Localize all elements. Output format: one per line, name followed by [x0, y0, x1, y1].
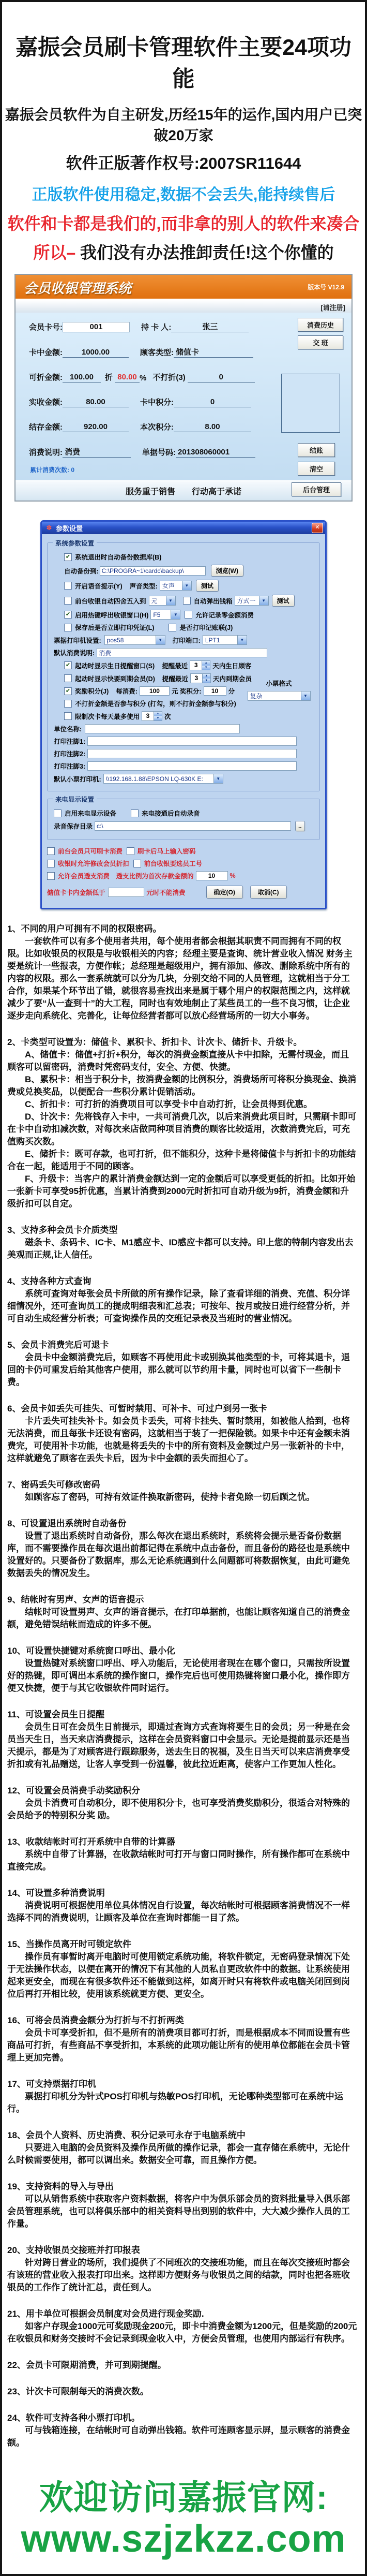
feature-title: 10、可设置快捷键对系统窗口呼出、最小化: [7, 1645, 358, 1657]
footnote1-label: 打印注脚1:: [54, 737, 85, 746]
feature-paragraph: 磁条卡、条码卡、IC卡、M1感应卡、ID感应卡都可以支持。印上您的特制内容发出去…: [7, 1237, 358, 1261]
pos-version-label: 版本号 V12.9: [308, 283, 344, 291]
rounding-checkbox[interactable]: [64, 597, 72, 605]
min-balance-input[interactable]: [108, 888, 144, 897]
zero-amount-checkbox[interactable]: [185, 611, 192, 619]
points-value: 0: [174, 398, 251, 407]
modify-discount-checkbox[interactable]: [47, 860, 55, 867]
voice-type-label: 声音类型:: [130, 581, 158, 591]
feature-paragraph: 会员卡可享受折扣，但不是所有的消费项目都可打折，而是根据成本不同而设置有些商品可…: [7, 2027, 358, 2064]
feature-title: 11、可设置会员生日提醒: [7, 1709, 358, 1721]
voice-test-button[interactable]: 测试: [196, 580, 219, 592]
feature-paragraph: C、折扣卡：可打折的消费项目可以享受卡中自动打折，让会员得到优惠。: [7, 1098, 358, 1111]
system-params-group: 系统参数设置 系统退出时自动备份数据库(B) 自动备份到: C:\PROGRA~…: [47, 542, 320, 791]
row-caller-id: 启用来电显示设备 来电接通后自动录音: [54, 808, 315, 818]
feature-item: 18、会员个人资料、历史消费、积分记录可永存于电脑系统中只要进入电脑的会员资料及…: [7, 2129, 358, 2167]
feature-title: 7、密码丢失可修改密码: [7, 1479, 358, 1491]
nodiscount-points-label: 不打折金额是否参与积分 (打勾，则不打折金额参与积分): [75, 699, 236, 708]
feature-item: 20、支持收银员交接班并打印报表针对跨日营业的场所，我们提供了不同班次的交接班功…: [7, 2244, 358, 2294]
chevron-down-icon[interactable]: [171, 610, 180, 619]
expire-suffix-label: 天内到期会员: [213, 674, 252, 683]
chevron-down-icon[interactable]: [301, 691, 310, 700]
feature-item: 3、支持多种会员卡介质类型磁条卡、条码卡、IC卡、M1感应卡、ID感应卡都可以支…: [7, 1224, 358, 1261]
nodiscount-label: 不打折(3): [152, 372, 185, 382]
feature-title: 19、支持资料的导入与导出: [7, 2181, 358, 2193]
register-hint[interactable]: [请注册]: [320, 304, 345, 312]
shift-button[interactable]: 交 班: [298, 335, 343, 349]
system-params-group-label: 系统参数设置: [53, 538, 97, 548]
feature-paragraph: 卡片丢失可挂失补卡。如会员卡丢失，可将卡挂失、暂时禁用，如被他人拾到，也将无法消…: [7, 1415, 358, 1465]
pos-register-strip: [请注册]: [16, 300, 351, 313]
select-staff-checkbox[interactable]: [133, 860, 141, 867]
times-limit-suffix: 次: [164, 712, 171, 721]
settings-dialog: 参数设置 系统参数设置 系统退出时自动备份数据库(B) 自动备份到: C:\PR…: [40, 520, 327, 909]
row-rounding: 前台收银自动四舍五入到 元 自动弹出钱箱 方式一 测试: [64, 595, 315, 607]
select-staff-label: 前台收银要选员工号: [144, 859, 203, 868]
default-ticket-printer-label: 默认小票打印机:: [54, 774, 101, 784]
company-name-input[interactable]: [85, 724, 240, 733]
feature-paragraph: 会员卡消费可自动积分，即不使用积分卡，也可享受消费奖励积分，很适合对特殊的会员给…: [7, 1797, 358, 1822]
feature-item: 13、收款结帐时可打开系统中自带的计算器系统中自带了计算器，在收款结帐时可打开与…: [7, 1836, 358, 1873]
copyright-line: 软件正版著作权号:2007SR11644: [2, 150, 365, 173]
times-limit-checkbox[interactable]: [64, 712, 72, 720]
feature-paragraph: 如客户存现金1000元可奖励现金200元，即卡中消费金额为1200元，但是奖励的…: [7, 2320, 358, 2345]
birthday-mid-label: 提醒最近: [162, 661, 188, 670]
footnote3-label: 打印注脚3:: [54, 761, 85, 771]
feature-title: 16、可将会员消费金额分为打折与不打折两类: [7, 2014, 358, 2027]
auto-record-label: 来电接通后自动录音: [142, 808, 200, 818]
chevron-down-icon[interactable]: [237, 636, 247, 644]
reward-points-label: 奖励积分(J): [75, 686, 109, 696]
cust-type-label: 顾客类型:: [140, 347, 174, 358]
feature-paragraph: 票据打印机分为针式POS打印机与热敏POS打印机，无论哪种类型都可在系统中运行。: [7, 2091, 358, 2115]
row-overdraft: 允许会员透支消费 透支比例为首次存款金额的 10 %: [47, 871, 320, 880]
discount-input[interactable]: 80.00: [115, 373, 140, 382]
feature-item: 10、可设置快捷键对系统窗口呼出、最小化设置热键对系统窗口呼出、呼入功能后，无论…: [7, 1645, 358, 1695]
default-ticket-printer-select[interactable]: \\192.168.1.88\EPSON LQ-630K E:: [103, 774, 223, 784]
feature-paragraph: 消费说明可根据使用单位具体情况自行设置，每次结帐时可根据顾客消费情况不一样选择不…: [7, 1900, 358, 1924]
zero-amount-label: 允许记录零金额消费: [195, 610, 254, 620]
feature-paragraph: 系统可查询对每张会员卡所做的所有操作记录，除了查看详细的消费、充值、积分详细情况…: [7, 1288, 358, 1325]
pos-body: 会员卡号: 001 持 卡 人: 张三 卡中金额: 1000.00 顾客类型: …: [16, 313, 351, 480]
page: 嘉振会员刷卡管理软件主要24项功能 嘉振会员软件为自主研发,历经15年的运作,国…: [0, 0, 367, 2576]
feature-paragraph: D、计次卡：先将钱存入卡中，一共可消费几次，以后来消费此项目时，只需刷卡即可在卡…: [7, 1111, 358, 1148]
print-ledger-checkbox[interactable]: [169, 624, 176, 631]
feature-paragraph: 系统中自带了计算器，在收款结帐时可打开与窗口同时操作，所有操作都可在系统中直接完…: [7, 1848, 358, 1873]
features-list: 1、不同的用户可拥有不同的权限密码。一套软件可以有多个使用者共用，每个使用者都会…: [2, 909, 365, 2449]
site-banner: 欢迎访问嘉振官网: www.szjzkzz.com: [2, 2463, 365, 2574]
print-ledger-label: 是否打印记账联(J): [179, 623, 233, 632]
clear-button[interactable]: 清空: [298, 462, 335, 476]
site-banner-line1: 欢迎访问嘉振官网:: [2, 2479, 365, 2516]
min-balance-suffix: 元时不能消费: [147, 888, 186, 897]
cancel-button[interactable]: 取消(C): [250, 886, 287, 899]
row-default-ticket-printer: 默认小票打印机: \\192.168.1.88\EPSON LQ-630K E:: [54, 774, 315, 784]
feature-paragraph: 结帐时可设置男声、女声的语音提示，在打印单据前，也能让顾客知道自己的消费金额，避…: [7, 1606, 358, 1631]
feature-paragraph: 可与钱箱连接，在结帐时可自动弹出钱箱。软件可连顾客显示屏，显示顾客的消费金额。: [7, 2424, 358, 2449]
feature-item: 16、可将会员消费金额分为打折与不打折两类会员卡可享受折扣，但不是所有的消费项目…: [7, 2014, 358, 2064]
feature-title: 15、当操作员离开时可锁定软件: [7, 1938, 358, 1951]
row-footnote2: 打印注脚2:: [54, 749, 315, 758]
spin-down-icon: ▼: [154, 716, 162, 721]
feature-paragraph: F、升级卡：当客户的累计消费金额达到一定的金额后可以享受更低的折扣。比如开始一张…: [7, 1173, 358, 1210]
memo-label: 消费说明:: [29, 447, 63, 458]
feature-item: 19、支持资料的导入与导出可以从销售系统中获取客户资料数据，将客户中为俱乐部会员…: [7, 2181, 358, 2230]
spin-up-icon: ▲: [154, 712, 162, 716]
row-footnote1: 打印注脚1:: [54, 737, 315, 746]
footnote1-input[interactable]: [87, 737, 297, 746]
page-title: 嘉振会员刷卡管理软件主要24项功能: [5, 30, 362, 93]
dialog-body: 系统参数设置 系统退出时自动备份数据库(B) 自动备份到: C:\PROGRA~…: [42, 534, 325, 908]
feature-title: 23、计次卡可限制每天的消费次数。: [7, 2386, 358, 2398]
default-memo-input[interactable]: 消费: [97, 648, 267, 657]
cashbox-label: 自动弹出钱箱: [194, 596, 233, 606]
bill-label: 单据号码:: [142, 447, 176, 458]
reward-suffix-label: 分: [228, 686, 235, 696]
row-min-balance: 储值卡卡内金额低于 元时不能消费 确定(O) 取消(C): [47, 886, 320, 899]
caller-id-label: 启用来电显示设备: [65, 808, 116, 818]
so-prefix: 所以–: [33, 243, 80, 262]
print-voucher-label: 保存后是否立即打印凭证(L): [75, 623, 154, 632]
chevron-down-icon[interactable]: [213, 774, 223, 783]
password-after-swipe-label: 刷卡后马上输入密码: [137, 846, 196, 856]
feature-item: 21、用卡单位可根据会员制度对会员进行现金奖励.如客户存现金1000元可奖励现金…: [7, 2308, 358, 2345]
feature-item: 5、会员卡消费完后可退卡会员卡中金额消费完后，如顾客不再使用此卡或别换其他类型的…: [7, 1339, 358, 1389]
overdraft-percent-sign: %: [230, 872, 236, 879]
this-points-value: 8.00: [174, 422, 251, 432]
feature-title: 12、可设置会员消费手动奖励积分: [7, 1785, 358, 1797]
points-label: 卡中积分:: [140, 396, 174, 407]
times-limit-label: 限制次卡每天最多使用: [75, 712, 140, 721]
modify-discount-label: 收银时允许修改会员折扣: [58, 859, 129, 868]
record-dir-input[interactable]: c:\: [95, 821, 291, 831]
auto-record-checkbox[interactable]: [131, 809, 139, 817]
balance-value: 1000.00: [63, 348, 129, 358]
chevron-down-icon[interactable]: [156, 636, 165, 644]
dialog-titlebar: 参数设置: [42, 522, 325, 534]
cashbox-test-button[interactable]: 测试: [272, 595, 295, 607]
feature-title: 24、软件可支持各种小票打印机。: [7, 2412, 358, 2424]
settle-button[interactable]: 结账: [298, 443, 335, 457]
row-company-name: 单位名称:: [54, 724, 315, 733]
row-times-limit: 限制次卡每天最多使用 3▲▼ 次: [64, 711, 315, 721]
feature-paragraph: 可以从销售系统中获取客户资料数据，将客户中为俱乐部会员的资料批量导入俱乐部会员管…: [7, 2193, 358, 2230]
overdraft-label: 允许会员透支消费 透支比例为首次存款金额的: [58, 871, 194, 880]
rounding-select[interactable]: 元: [149, 596, 176, 606]
subtitle: 嘉振会员软件为自主研发,历经15年的运作,国内用户已突破20万家: [3, 104, 364, 145]
chevron-down-icon[interactable]: [259, 596, 268, 605]
backup-path-input[interactable]: C:\PROGRA~1\cardc\backup\: [100, 566, 206, 576]
feature-title: 6、会员卡如丢失可挂失、可暂时禁用、可补卡、可过户到另一张卡: [7, 1403, 358, 1415]
feature-item: 22、会员卡可限期消费，并可到期提醒。: [7, 2359, 358, 2372]
caller-id-group: 来电显示设置 启用来电显示设备 来电接通后自动录音 录音保存目录 c:\ ..: [47, 799, 320, 840]
row-footnote3: 打印注脚3:: [54, 761, 315, 771]
feature-item: 15、当操作员离开时可锁定软件操作员有事暂时离开电脑时可使用锁定系统功能，将软件…: [7, 1938, 358, 2000]
birthday-days-stepper[interactable]: 3▲▼: [190, 660, 210, 670]
password-after-swipe-checkbox[interactable]: [127, 847, 134, 855]
feature-title: 18、会员个人资料、历史消费、积分记录可永存于电脑系统中: [7, 2129, 358, 2142]
discount-label: 折: [105, 372, 113, 382]
cust-type-value: 储值卡: [174, 346, 253, 358]
memo-input[interactable]: 消费: [63, 446, 131, 458]
pos-titlebar: 会员收银管理系统 版本号 V12.9: [16, 275, 351, 300]
feature-title: 22、会员卡可限期消费，并可到期提醒。: [7, 2359, 358, 2372]
swipe-only-label: 前台会员只可刷卡消费: [58, 846, 123, 856]
feature-item: 17、可支持票据打印机票据打印机分为针式POS打印机与热敏POS打印机，无论哪种…: [7, 2078, 358, 2115]
stability-line: 正版软件使用稳定,数据不会丢失,能持续售后: [2, 182, 365, 204]
feature-item: 6、会员卡如丢失可挂失、可暂时禁用、可补卡、可过户到另一张卡卡片丢失可挂失补卡。…: [7, 1403, 358, 1465]
spin-up-icon: ▲: [202, 661, 210, 666]
row-swipe-only: 前台会员只可刷卡消费 刷卡后马上输入密码: [47, 846, 320, 856]
row-birthday-remind: 起动时显示生日提醒窗口(S) 提醒最近 3▲▼ 天内生日顾客: [64, 660, 315, 670]
receipt-printer-label: 票据打印机设置:: [54, 636, 101, 645]
feature-item: 12、可设置会员消费手动奖励积分会员卡消费可自动积分，即不使用积分卡，也可享受消…: [7, 1785, 358, 1822]
footnote2-label: 打印注脚2:: [54, 749, 85, 758]
expire-days-stepper[interactable]: 3▲▼: [190, 673, 211, 683]
per-consume-label: 每消费:: [116, 686, 137, 696]
hotkey-checkbox[interactable]: [64, 611, 72, 619]
hotkey-label: 启用热键呼出收银窗口(H): [75, 610, 148, 620]
swipe-only-checkbox[interactable]: [47, 847, 55, 855]
feature-item: 7、密码丢失可修改密码如顾客忘了密码，可持有效证件换取新密码，使持卡者免除一切后…: [7, 1479, 358, 1504]
caller-id-group-label: 来电显示设置: [53, 794, 97, 804]
feature-item: 24、软件可支持各种小票打印机。可与钱箱连接，在结帐时可自动弹出钱箱。软件可连顾…: [7, 2412, 358, 2449]
feature-paragraph: E、储折卡：既可存款，也可打折，但不能积分，这种卡是将储值卡与折扣卡的功能结合在…: [7, 1148, 358, 1173]
expire-label: 起动时显示快要到期会员(D): [75, 674, 155, 683]
default-memo-label: 默认消费说明:: [54, 648, 95, 657]
ticket-format-area: 小票格式 复杂: [247, 679, 311, 701]
feature-paragraph: A、储值卡：储值+打折+积分，每次的消费金额直接从卡中扣除，无需付现金，而且顾客…: [7, 1049, 358, 1073]
reward-value-input[interactable]: 10: [204, 686, 226, 696]
member-photo-box: [281, 374, 340, 433]
company-name-label: 单位名称:: [54, 724, 82, 733]
ticket-format-select[interactable]: 复杂: [248, 691, 311, 701]
overdraft-checkbox[interactable]: [47, 872, 55, 880]
row-print-voucher: 保存后是否立即打印凭证(L) 是否打印记账联(J): [64, 623, 315, 632]
feature-paragraph: 只要进入电脑的会员资料及操作员所做的操作记录，都会一直存储在系统中，无论什么时候…: [7, 2142, 358, 2167]
reward-mid-label: 元 奖积分:: [172, 686, 202, 696]
record-dir-label: 录音保存目录: [54, 821, 93, 831]
feature-paragraph: 设置热键对系统窗口呼出、呼入功能后，无论使用者现在在哪个窗口，只需按所设置好的热…: [7, 1657, 358, 1695]
feature-title: 13、收款结帐时可打开系统中自带的计算器: [7, 1836, 358, 1848]
chevron-down-icon[interactable]: [166, 596, 175, 605]
feature-paragraph: 会员生日可在会员生日前提示，即通过查询方式查询将要生日的会员；另一种是在会员当天…: [7, 1721, 358, 1771]
row-record-dir: 录音保存目录 c:\ ..: [54, 821, 315, 831]
times-limit-stepper[interactable]: 3▲▼: [142, 711, 162, 721]
this-points-label: 本次积分:: [140, 421, 174, 432]
backend-button[interactable]: 后台管理: [292, 482, 341, 496]
feature-title: 14、可设置多种消费说明: [7, 1887, 358, 1900]
feature-title: 4、支持各种方式查询: [7, 1275, 358, 1288]
row-hotkey: 启用热键呼出收银窗口(H) F5 允许记录零金额消费: [64, 610, 315, 620]
voice-type-select[interactable]: 女声: [160, 581, 192, 591]
site-link[interactable]: www.szjzkzz.com: [2, 2516, 365, 2560]
feature-paragraph: B、累积卡：相当于积分卡，按消费金额的比例积分，消费场所可将积分换现金、换消费或…: [7, 1073, 358, 1098]
percent-sign: %: [140, 374, 146, 382]
nodiscount-value: 0: [188, 373, 255, 382]
row-receipt-printer: 票据打印机设置: pos58 打印端口: LPT1: [54, 635, 315, 645]
ownership-line: 软件和卡都是我们的,而非拿的别人的软件来凑合: [2, 211, 365, 234]
received-value: 80.00: [63, 398, 129, 407]
feature-title: 21、用卡单位可根据会员制度对会员进行现金奖励.: [7, 2308, 358, 2320]
feature-title: 5、会员卡消费完后可退卡: [7, 1339, 358, 1351]
feature-item: 14、可设置多种消费说明消费说明可根据使用单位具体情况自行设置，每次结帐时可根据…: [7, 1887, 358, 1924]
browse-button[interactable]: 浏览(W): [211, 565, 243, 577]
feature-item: 23、计次卡可限制每天的消费次数。: [7, 2386, 358, 2398]
feature-paragraph: 一套软件可以有多个使用者共用，每个使用者都会根据其职责不同而拥有不同的权限。比如…: [7, 935, 358, 1022]
feature-item: 11、可设置会员生日提醒会员生日可在会员生日前提示，即通过查询方式查询将要生日的…: [7, 1709, 358, 1771]
feature-paragraph: 操作员有事暂时离开电脑时可使用锁定系统功能，将软件锁定，无密码登录情况下处于无法…: [7, 1951, 358, 2000]
spin-down-icon: ▼: [202, 666, 210, 670]
ticket-format-label: 小票格式: [266, 680, 292, 687]
feature-item: 4、支持各种方式查询系统可查询对每张会员卡所做的所有操作记录，除了查看详细的消费…: [7, 1275, 358, 1325]
feature-item: 8、可设置退出系统时自动备份设置了退出系统时自动备份，那么每次在退出系统时，系统…: [7, 1518, 358, 1580]
rounding-label: 前台收银自动四舍五入到: [75, 596, 146, 606]
reward-points-checkbox[interactable]: [64, 687, 72, 695]
cashbox-mode-select[interactable]: 方式一: [235, 596, 269, 606]
feature-paragraph: 如顾客忘了密码，可持有效证件换取新密码，使持卡者免除一切后顾之忧。: [7, 1491, 358, 1504]
cashbox-checkbox[interactable]: [183, 597, 191, 605]
ok-button[interactable]: 确定(O): [206, 886, 243, 899]
birthday-label: 起动时显示生日提醒窗口(S): [75, 661, 155, 670]
chevron-down-icon[interactable]: [182, 581, 191, 590]
voice-label: 开启语音提示(Y): [75, 581, 123, 591]
min-balance-label: 储值卡卡内金额低于: [47, 888, 105, 897]
expire-mid-label: 提醒最近: [162, 674, 188, 683]
received-label: 实收金额:: [29, 396, 63, 407]
pos-window-title: 会员收银管理系统: [24, 278, 131, 297]
record-dir-browse-button[interactable]: ..: [295, 821, 305, 831]
feature-title: 1、不同的用户可拥有不同的权限密码。: [7, 923, 358, 935]
print-voucher-checkbox[interactable]: [64, 624, 72, 631]
feature-title: 17、可支持票据打印机: [7, 2078, 358, 2091]
row-voice: 开启语音提示(Y) 声音类型: 女声 测试: [64, 580, 315, 592]
voice-checkbox[interactable]: [64, 582, 72, 590]
auto-backup-label: 系统退出时自动备份数据库(B): [75, 552, 161, 562]
feature-item: 2、卡类型可设置为：储值卡、累积卡、折扣卡、计次卡、储折卡、升级卡。A、储值卡：…: [7, 1036, 358, 1210]
nodiscount-points-checkbox[interactable]: [64, 700, 72, 708]
expire-checkbox[interactable]: [64, 674, 72, 682]
card-no-input[interactable]: 001: [63, 322, 130, 332]
feature-title: 20、支持收银员交接班并打印报表: [7, 2244, 358, 2257]
close-icon[interactable]: [312, 523, 323, 533]
overdraft-ratio-input[interactable]: 10: [196, 871, 228, 880]
dialog-title: 参数设置: [56, 523, 83, 533]
row-auto-backup: 系统退出时自动备份数据库(B): [64, 552, 315, 562]
dialog-app-icon: [45, 524, 53, 532]
history-button[interactable]: 消费历史: [298, 318, 343, 332]
feature-item: 9、结帐时有男声、女声的语音提示结帐时可设置男声、女声的语音提示，在打印单据前，…: [7, 1594, 358, 1631]
bill-value: 201308060001: [176, 448, 255, 458]
auto-backup-checkbox[interactable]: [64, 553, 72, 561]
holder-label: 持 卡 人:: [141, 321, 171, 332]
birthday-checkbox[interactable]: [64, 661, 72, 669]
discountable-label: 可折金额:: [29, 372, 63, 382]
feature-item: 1、不同的用户可拥有不同的权限密码。一套软件可以有多个使用者共用，每个使用者都会…: [7, 923, 358, 1022]
remain-value: 920.00: [63, 422, 129, 432]
so-line: 所以– 我们没有办法推卸责任!这个你懂的: [2, 240, 365, 263]
caller-id-checkbox[interactable]: [54, 809, 62, 817]
spin-up-icon: ▲: [203, 674, 210, 679]
feature-title: 3、支持多种会员卡介质类型: [7, 1224, 358, 1237]
feature-paragraph: 针对跨日营业的场所，我们提供了不同班次的交接班功能，而且在每次交接班时都会有该班…: [7, 2257, 358, 2294]
footnote3-input[interactable]: [87, 761, 297, 771]
discountable-value: 100.00: [63, 373, 101, 382]
row-default-memo: 默认消费说明: 消费: [54, 648, 315, 657]
balance-label: 卡中金额:: [29, 347, 63, 358]
remain-label: 结存金额:: [29, 421, 63, 432]
footnote2-input[interactable]: [87, 749, 297, 758]
feature-title: 8、可设置退出系统时自动备份: [7, 1518, 358, 1530]
per-consume-input[interactable]: 100: [140, 686, 170, 696]
hotkey-select[interactable]: F5: [150, 610, 180, 620]
spin-down-icon: ▼: [203, 679, 210, 683]
holder-value: 张三: [171, 321, 249, 332]
print-port-select[interactable]: LPT1: [203, 635, 247, 645]
print-port-label: 打印端口:: [173, 636, 201, 645]
feature-title: 9、结帐时有男声、女声的语音提示: [7, 1594, 358, 1606]
so-text: 我们没有办法推卸责任!这个你懂的: [80, 243, 334, 262]
row-modify-discount: 收银时允许修改会员折扣 前台收银要选员工号: [47, 859, 320, 868]
birthday-suffix-label: 天内生日顾客: [212, 661, 251, 670]
receipt-printer-select[interactable]: pos58: [104, 635, 165, 645]
feature-paragraph: 会员卡中金额消费完后，如顾客不再使用此卡或别换其他类型的卡，可将其退卡，退回的卡…: [7, 1351, 358, 1389]
backup-path-label: 自动备份到:: [64, 566, 99, 576]
pos-window: 会员收银管理系统 版本号 V12.9 [请注册] 会员卡号: 001 持 卡 人…: [14, 274, 353, 502]
card-no-label: 会员卡号:: [29, 321, 63, 332]
row-backup-path: 自动备份到: C:\PROGRA~1\cardc\backup\ 浏览(W): [64, 565, 315, 577]
feature-paragraph: 设置了退出系统时自动备份，那么每次在退出系统时，系统将会提示是否备份数据库，而不…: [7, 1530, 358, 1580]
feature-title: 2、卡类型可设置为：储值卡、累积卡、折扣卡、计次卡、储折卡、升级卡。: [7, 1036, 358, 1049]
